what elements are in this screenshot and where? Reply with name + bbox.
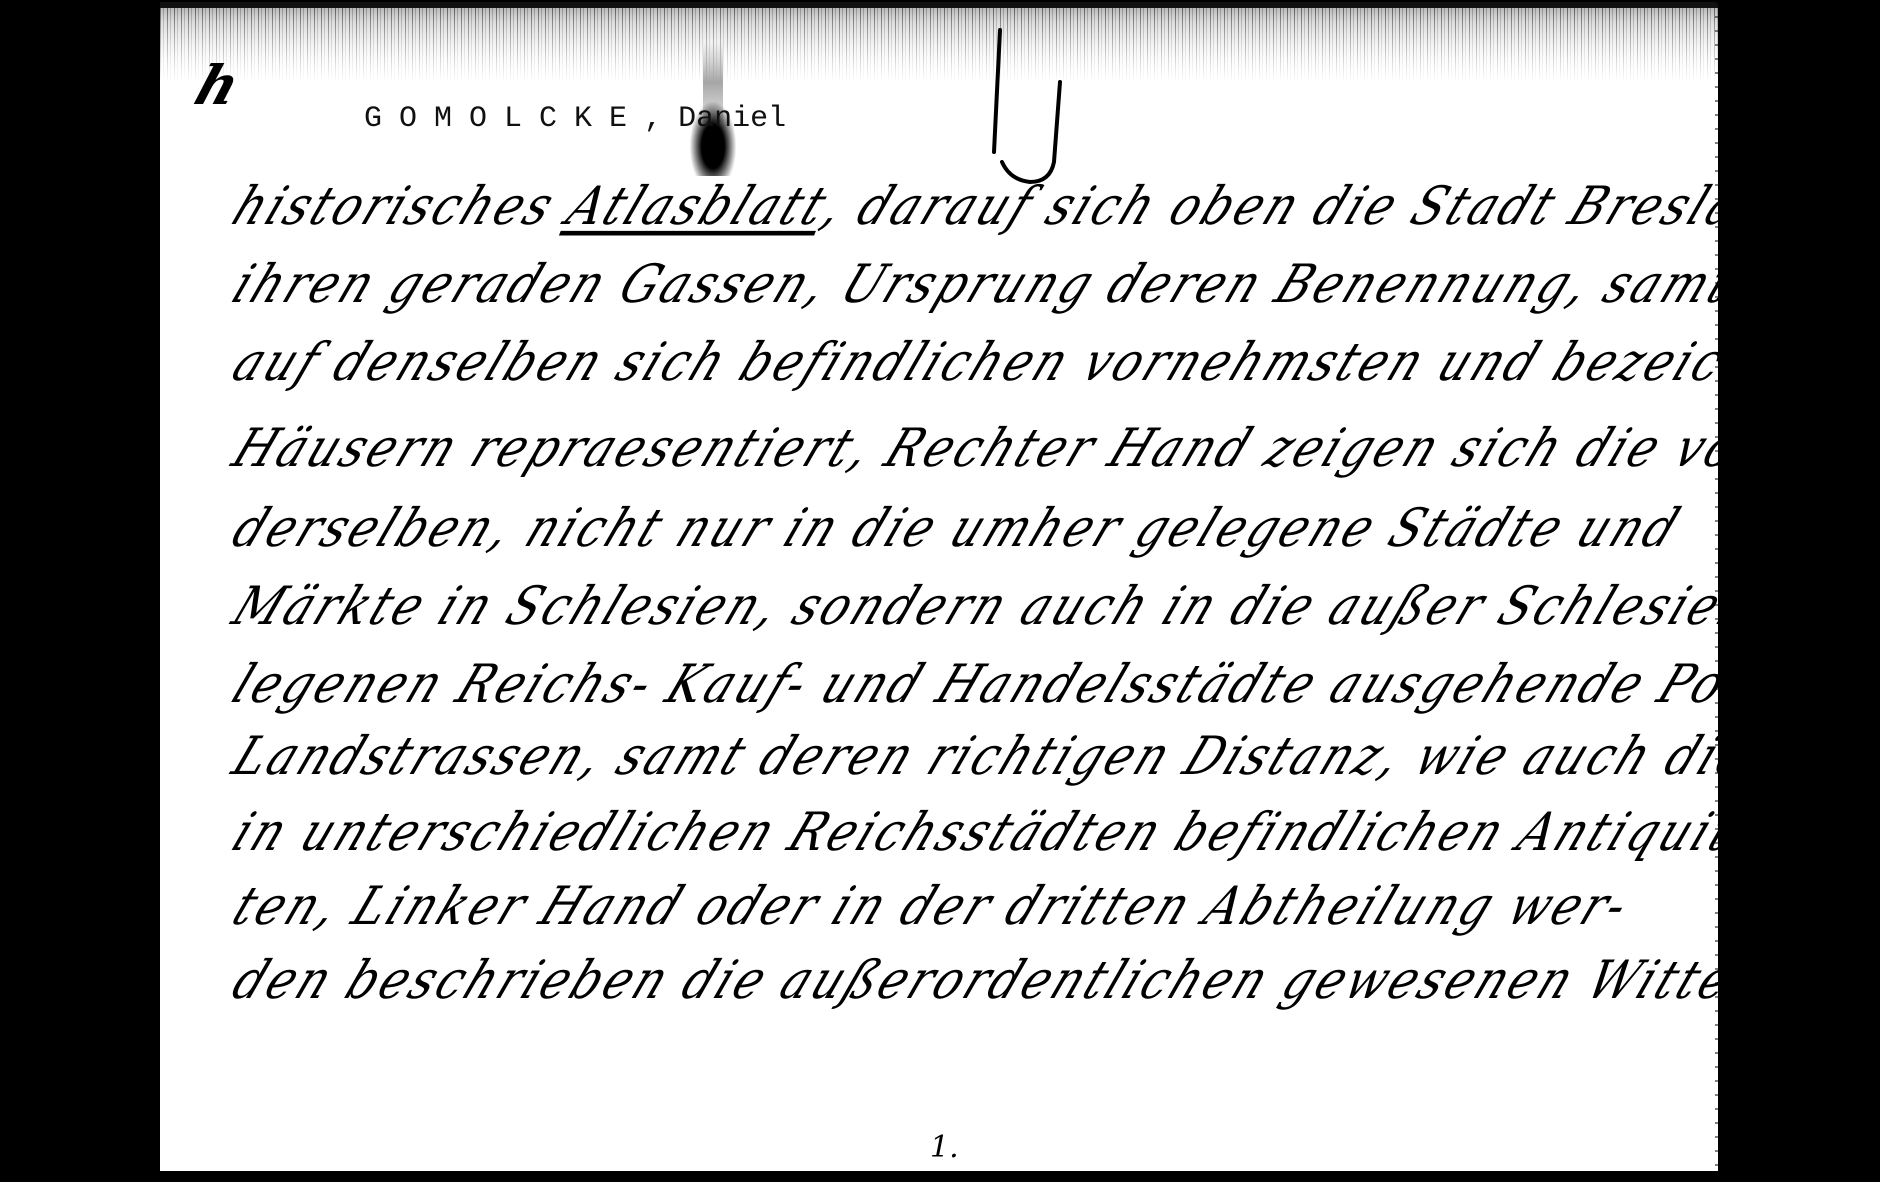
header-separator: , — [644, 102, 662, 136]
document-viewer: h GOMOLCKE,Daniel historisches Atlasblat… — [0, 0, 1880, 1182]
manuscript-line-11: den beschrieben die außerordentlichen ge… — [226, 953, 1718, 1006]
manuscript-line-3: auf denselben sich befindlichen vornehms… — [226, 335, 1718, 388]
underlined-word: Atlasblatt — [558, 175, 838, 237]
manuscript-line-5: derselben, nicht nur in die umher gelege… — [226, 501, 1689, 554]
manuscript-line-9: in unterschiedlichen Reichsstädten befin… — [226, 805, 1718, 858]
manuscript-line-7: legenen Reichs- Kauf- und Handelsstädte … — [226, 657, 1718, 710]
header-surname: GOMOLCKE — [364, 102, 644, 136]
manuscript-line-6: Märkte in Schlesien, sondern auch in die… — [226, 579, 1718, 632]
pencil-hook-mark-icon — [990, 22, 1080, 192]
manuscript-line-8: Landstrassen, samt deren richtigen Dista… — [226, 729, 1718, 782]
line-text: , darauf sich oben die Stadt Breslau Mit — [814, 175, 1718, 237]
manuscript-line-4: Häusern repraesentiert, Rechter Hand zei… — [226, 421, 1718, 474]
typed-header: GOMOLCKE,Daniel — [256, 68, 786, 170]
page-fragment-mark: 1. — [930, 1130, 959, 1165]
header-given-name: Daniel — [678, 102, 786, 136]
manuscript-line-1: historisches Atlasblatt, darauf sich obe… — [226, 179, 1718, 232]
page-edge-artifact — [1715, 2, 1718, 1171]
manuscript-line-10: ten, Linker Hand oder in der dritten Abt… — [226, 879, 1638, 932]
scanned-page: h GOMOLCKE,Daniel historisches Atlasblat… — [160, 2, 1718, 1171]
line-text: historisches — [224, 175, 583, 237]
top-edge-shadow — [160, 2, 1718, 8]
manuscript-line-2: ihren geraden Gassen, Ursprung deren Ben… — [226, 257, 1718, 310]
